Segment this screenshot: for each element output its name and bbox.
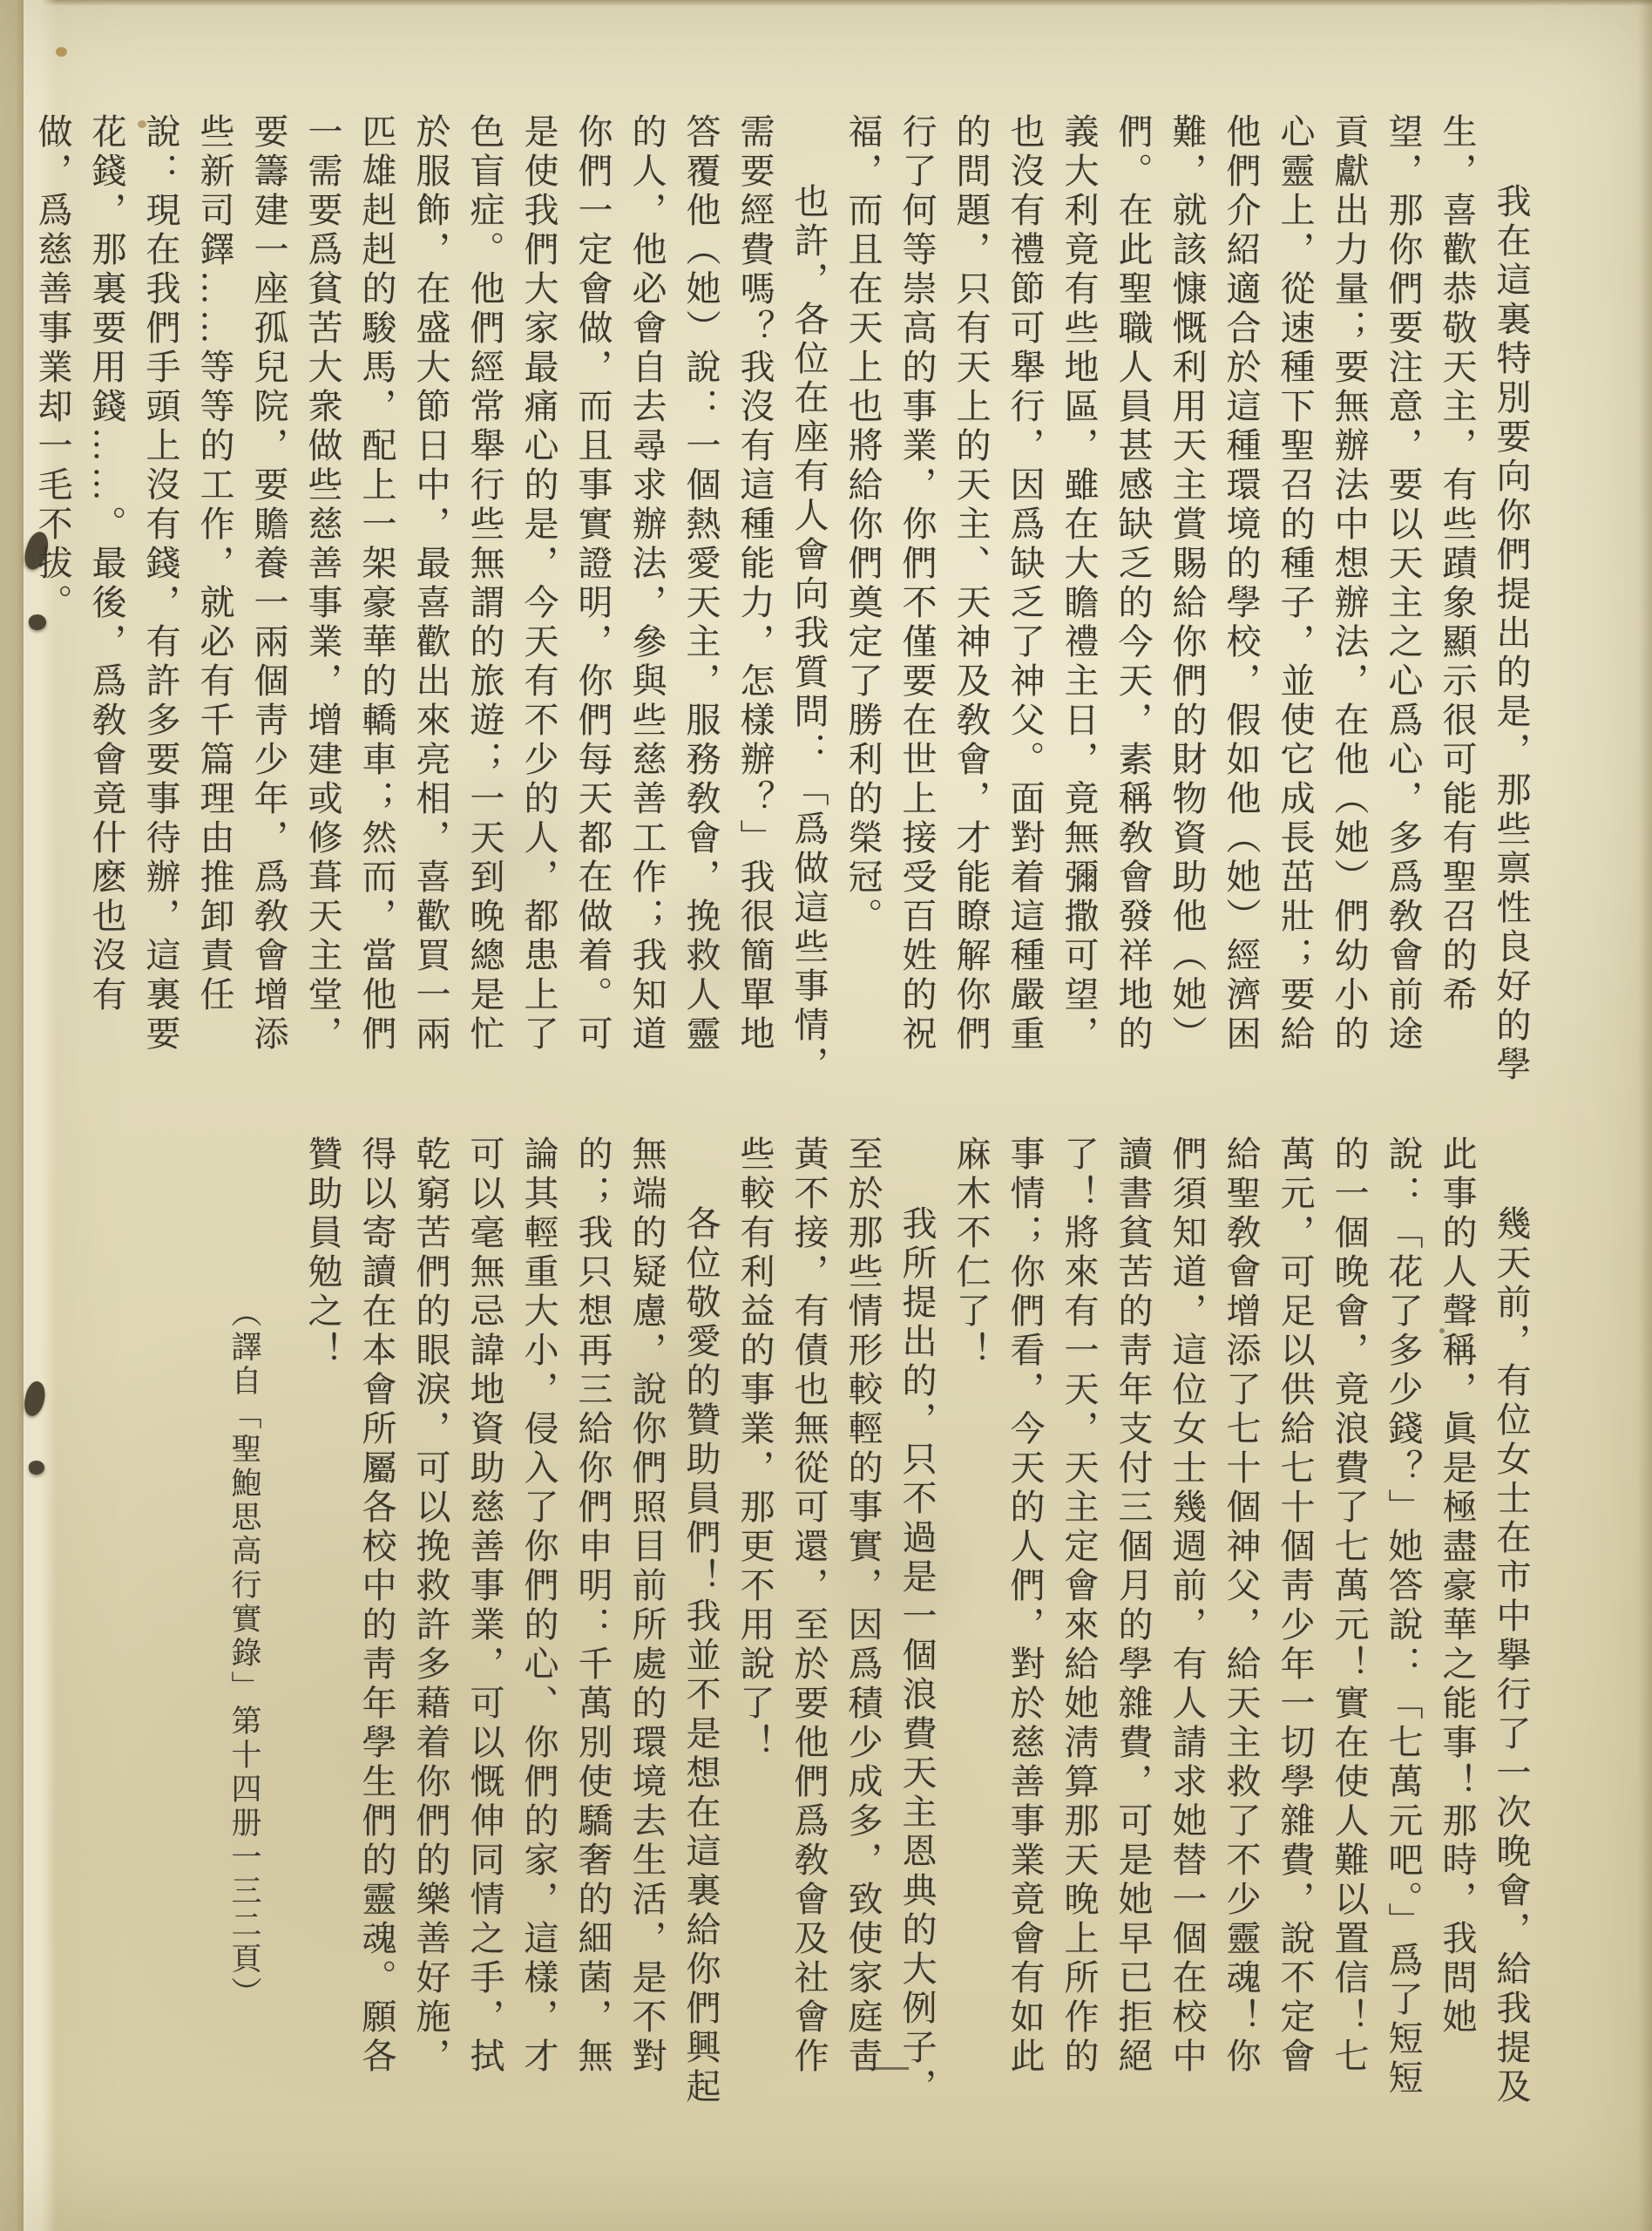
paragraph: 也許，各位在座有人會向我質問：「爲做這些事情，需要經費嗎？我沒有這種能力，怎樣辦… [25, 113, 836, 1089]
paragraph: 幾天前，有位女士在市中擧行了一次晚會，給我提及此事的人聲稱，眞是極盡豪華之能事！… [944, 1136, 1538, 2110]
page-background: 我在這裏特別要向你們提出的是，那些禀性良好的學生，喜歡恭敬天主，有些蹟象顯示很可… [0, 0, 1652, 2231]
bottom-article: 幾天前，有位女士在市中擧行了一次晚會，給我提及此事的人聲稱，眞是極盡豪華之能事！… [301, 1136, 1538, 2110]
top-article: 我在這裏特別要向你們提出的是，那些禀性良好的學生，喜歡恭敬天主，有些蹟象顯示很可… [126, 113, 1538, 1089]
source-caption: （譯自「聖鮑思高行實錄」第十四册一三二頁） [220, 1297, 268, 2099]
page-left-edge [0, 0, 24, 2231]
scanned-page: { "top_article": { "paragraphs": [ "我在這裏… [0, 0, 1652, 2231]
page-right-edge [1638, 0, 1652, 2231]
stray-mark [858, 2067, 909, 2070]
paragraph: 我所提出的，只不過是一個浪費天主恩典的大例子，至於那些情形較輕的事實，因爲積少成… [728, 1136, 944, 2110]
paragraph: 我在這裏特別要向你們提出的是，那些禀性良好的學生，喜歡恭敬天主，有些蹟象顯示很可… [836, 113, 1538, 1089]
page-top-edge [0, 0, 1652, 6]
paragraph: 各位敬愛的贊助員們！我並不是想在這裏給你們興起無端的疑慮，說你們照目前所處的環境… [295, 1136, 728, 2110]
paper-speck [56, 47, 67, 57]
